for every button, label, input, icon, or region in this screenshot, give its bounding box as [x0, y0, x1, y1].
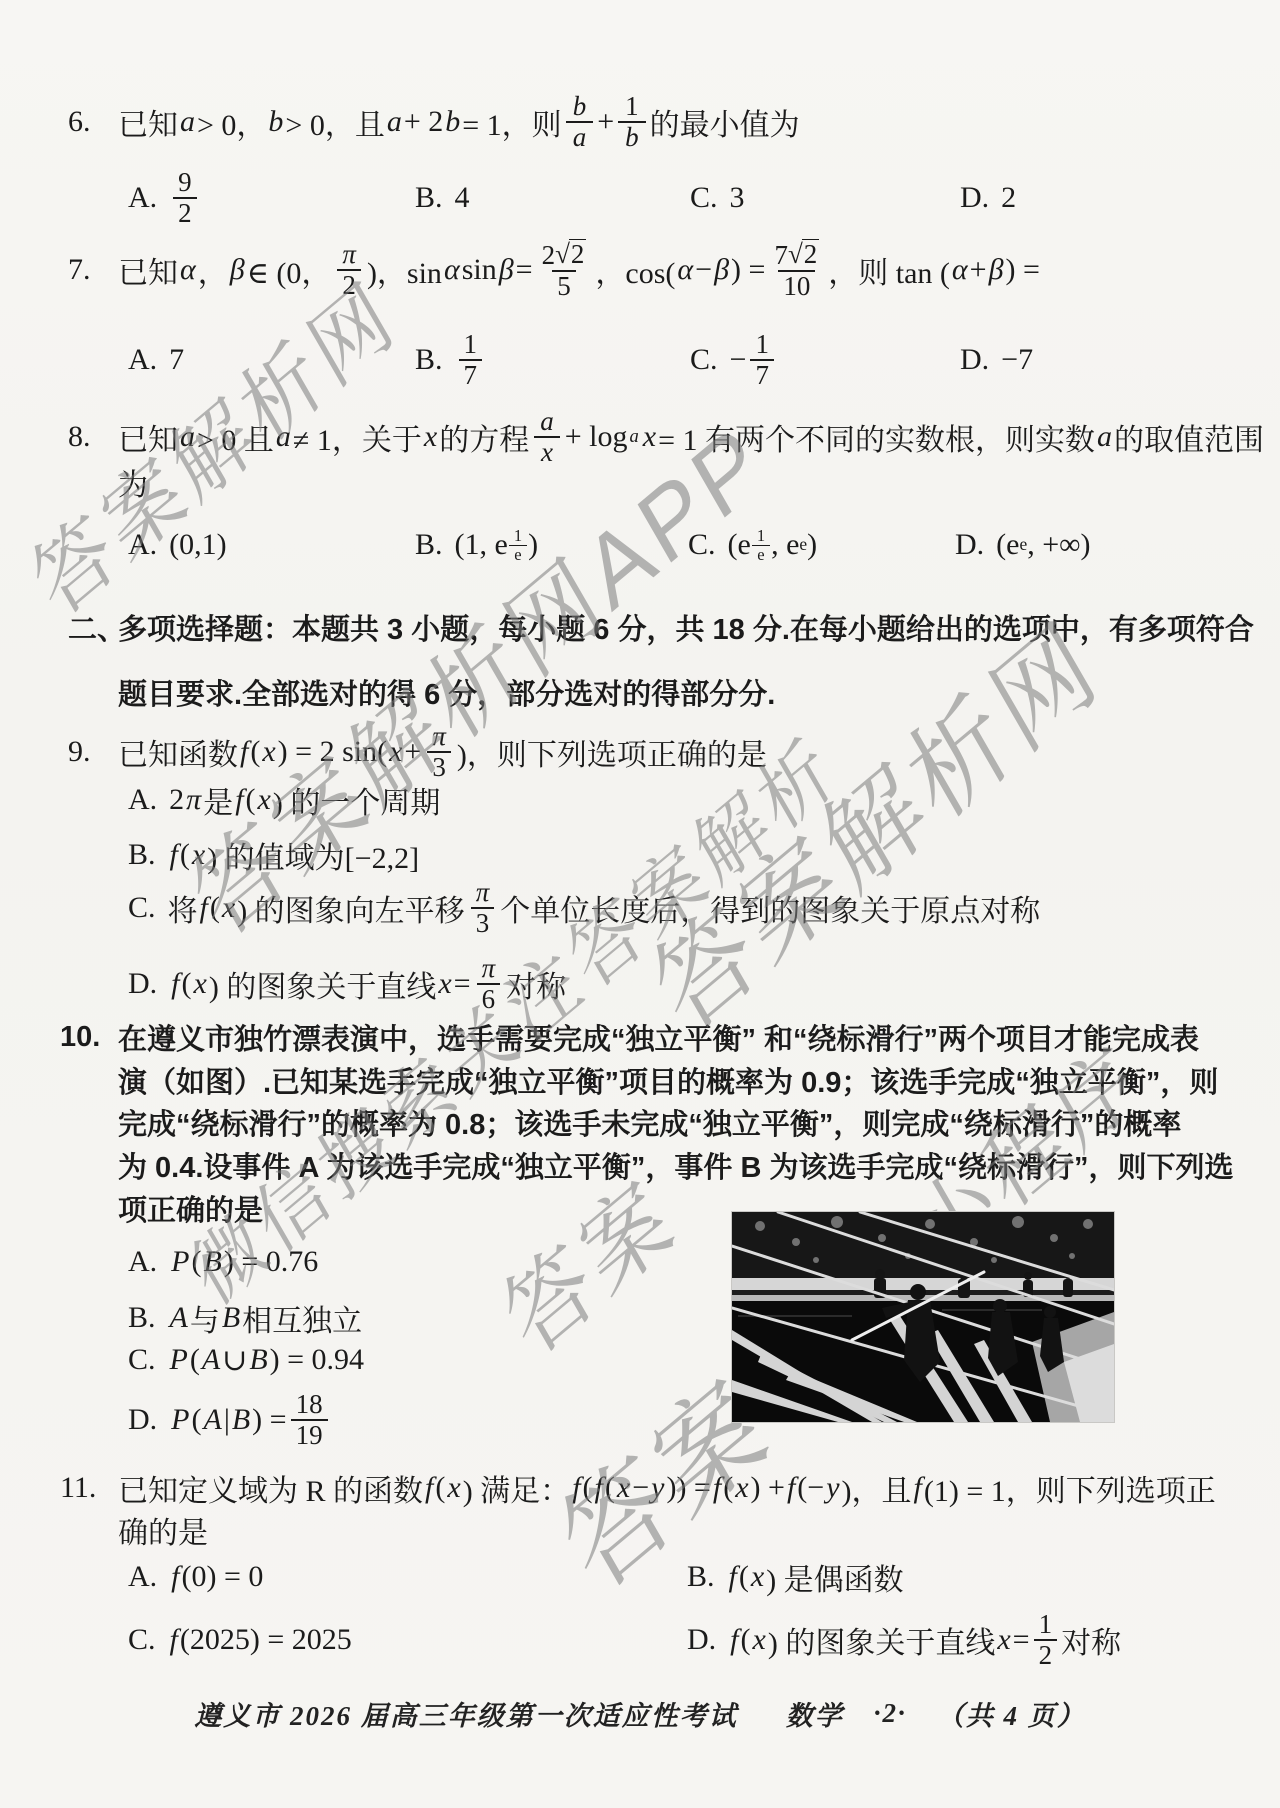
question-11-number: 11. — [60, 1460, 96, 1516]
option-label: B. — [415, 181, 443, 215]
option-label: A. — [128, 1245, 157, 1279]
option-label: D. — [960, 343, 989, 377]
option-label: C. — [128, 1343, 156, 1377]
option-label: C. — [688, 528, 716, 562]
question-11-option-c: C. f(2025) = 2025 — [128, 1602, 352, 1678]
exam-page: 6. 已知 a > 0，b > 0，且 a + 2b = 1，则ba+1b的最小… — [0, 0, 1280, 1808]
option-content: 7 — [169, 343, 184, 377]
question-10-stem-line4: 为 0.4.设事件 A 为该选手完成“独立平衡”，事件 B 为该选手完成“绕标滑… — [118, 1143, 1233, 1187]
option-label: A. — [128, 783, 157, 817]
footer-page-number: ·2· — [874, 1698, 907, 1729]
question-11-option-d: D. f(x) 的图象关于直线 x =12对称 — [687, 1602, 1121, 1678]
option-content: f(2025) = 2025 — [168, 1623, 352, 1657]
option-label: D. — [960, 181, 989, 215]
option-content: f(x) 是偶函数 — [727, 1555, 904, 1599]
option-content: −7 — [1001, 343, 1033, 377]
option-label: C. — [128, 891, 156, 925]
option-label: A. — [128, 181, 157, 215]
question-8-number: 8. — [68, 397, 91, 477]
option-content: (ee , +∞) — [996, 528, 1090, 562]
question-8-option-b: B. (1, e1e ) — [415, 500, 538, 590]
question-7-stem: 已知 α，β ∈ (0，π2)，sin α sin β = 2√25，cos(α… — [118, 225, 1040, 315]
question-7-option-b: B. 17 — [415, 322, 486, 398]
question-11-stem-line1: 已知定义域为 R 的函数 f(x) 满足：f(f(x − y)) = f(x) … — [118, 1460, 1216, 1516]
option-label: C. — [690, 343, 718, 377]
option-content: (e1e , ee ) — [728, 527, 818, 564]
option-content: P(B) = 0.76 — [169, 1245, 318, 1279]
option-content: 4 — [455, 181, 470, 215]
option-content: f(x) 的图象关于直线 x =12对称 — [728, 1610, 1121, 1670]
question-10-option-c: C. P(A ∪ B) = 0.94 — [128, 1332, 364, 1388]
question-8-option-a: A. (0,1) — [128, 500, 227, 590]
question-7-number: 7. — [68, 225, 91, 315]
option-content: 17 — [455, 330, 487, 390]
option-label: D. — [955, 528, 984, 562]
question-8-option-d: D. (ee , +∞) — [955, 500, 1091, 590]
option-content: 2 — [1001, 181, 1016, 215]
option-label: B. — [415, 343, 443, 377]
question-11-option-a: A. f(0) = 0 — [128, 1549, 263, 1605]
option-label: A. — [128, 528, 157, 562]
question-7-option-d: D. −7 — [960, 322, 1033, 398]
question-6-number: 6. — [68, 84, 91, 160]
question-10-stem-line1: 在遵义市独竹漂表演中，选手需要完成“独立平衡” 和“绕标滑行”两个项目才能完成表 — [118, 1015, 1199, 1059]
option-content: −17 — [730, 330, 778, 390]
option-content: 2π 是 f(x) 的一个周期 — [169, 778, 440, 822]
duzhupiao-photo-graphic — [732, 1212, 1114, 1422]
option-label: A. — [128, 1560, 157, 1594]
page-footer: 遵义市 2026 届高三年级第一次适应性考试 数学 ·2· （共 4 页） — [194, 1694, 1086, 1733]
question-9-number: 9. — [68, 709, 91, 795]
footer-total-pages: （共 4 页） — [937, 1694, 1086, 1733]
option-content: P(A ∪ B) = 0.94 — [168, 1343, 365, 1378]
option-label: B. — [128, 838, 156, 872]
option-content: P(A | B) =1819 — [169, 1390, 331, 1450]
question-11-option-b: B. f(x) 是偶函数 — [687, 1549, 904, 1605]
option-label: B. — [128, 1301, 156, 1335]
duzhupiao-performance-photo — [732, 1212, 1114, 1422]
option-content: 92 — [169, 168, 201, 228]
question-10-stem-line3: 完成“绕标滑行”的概率为 0.8；该选手未完成“独立平衡”，则完成“绕标滑行”的… — [118, 1100, 1181, 1144]
question-7-option-c: C. −17 — [690, 322, 778, 398]
option-content: (0,1) — [169, 528, 226, 562]
footer-subject: 数学 — [786, 1694, 844, 1733]
option-label: D. — [128, 967, 157, 1001]
question-7-option-a: A. 7 — [128, 322, 184, 398]
option-label: C. — [128, 1623, 156, 1657]
option-content: f(0) = 0 — [169, 1560, 263, 1594]
question-10-number: 10. — [60, 1015, 100, 1059]
option-label: C. — [690, 181, 718, 215]
section-2-instructions-line1: 多项选择题：本题共 3 小题，每小题 6 分，共 18 分.在每小题给出的选项中… — [118, 599, 1254, 655]
option-content: 3 — [730, 181, 745, 215]
option-content: (1, e1e ) — [455, 527, 539, 564]
question-10-stem-line5: 项正确的是 — [118, 1186, 263, 1230]
option-label: B. — [415, 528, 443, 562]
option-label: B. — [687, 1560, 715, 1594]
question-10-stem-line2: 演（如图）.已知某选手完成“独立平衡”项目的概率为 0.9；该选手完成“独立平衡… — [118, 1058, 1218, 1102]
question-9-option-a: A. 2π 是 f(x) 的一个周期 — [128, 772, 440, 828]
option-label: D. — [128, 1403, 157, 1437]
option-content: 将 f(x) 的图象向左平移π3个单位长度后，得到的图象关于原点对称 — [168, 878, 1041, 938]
option-content: f(x) 的图象关于直线 x =π6对称 — [169, 954, 566, 1014]
question-9-option-d: D. f(x) 的图象关于直线 x =π6对称 — [128, 944, 566, 1024]
exam-content: 6. 已知 a > 0，b > 0，且 a + 2b = 1，则ba+1b的最小… — [0, 0, 1280, 1808]
question-8-stem-line1: 已知 a > 0 且 a ≠ 1，关于 x 的方程ax+ loga x = 1 … — [118, 397, 1264, 477]
option-label: D. — [687, 1623, 716, 1657]
option-label: A. — [128, 343, 157, 377]
question-11-stem-line2: 确的是 — [118, 1508, 208, 1552]
question-6-stem: 已知 a > 0，b > 0，且 a + 2b = 1，则ba+1b的最小值为 — [118, 84, 800, 160]
question-10-option-a: A. P(B) = 0.76 — [128, 1234, 318, 1290]
question-8-option-c: C. (e1e , ee ) — [688, 500, 817, 590]
question-10-option-d: D. P(A | B) =1819 — [128, 1382, 332, 1458]
footer-exam-title: 遵义市 2026 届高三年级第一次适应性考试 — [194, 1694, 738, 1733]
question-9-option-c: C. 将 f(x) 的图象向左平移π3个单位长度后，得到的图象关于原点对称 — [128, 868, 1040, 948]
